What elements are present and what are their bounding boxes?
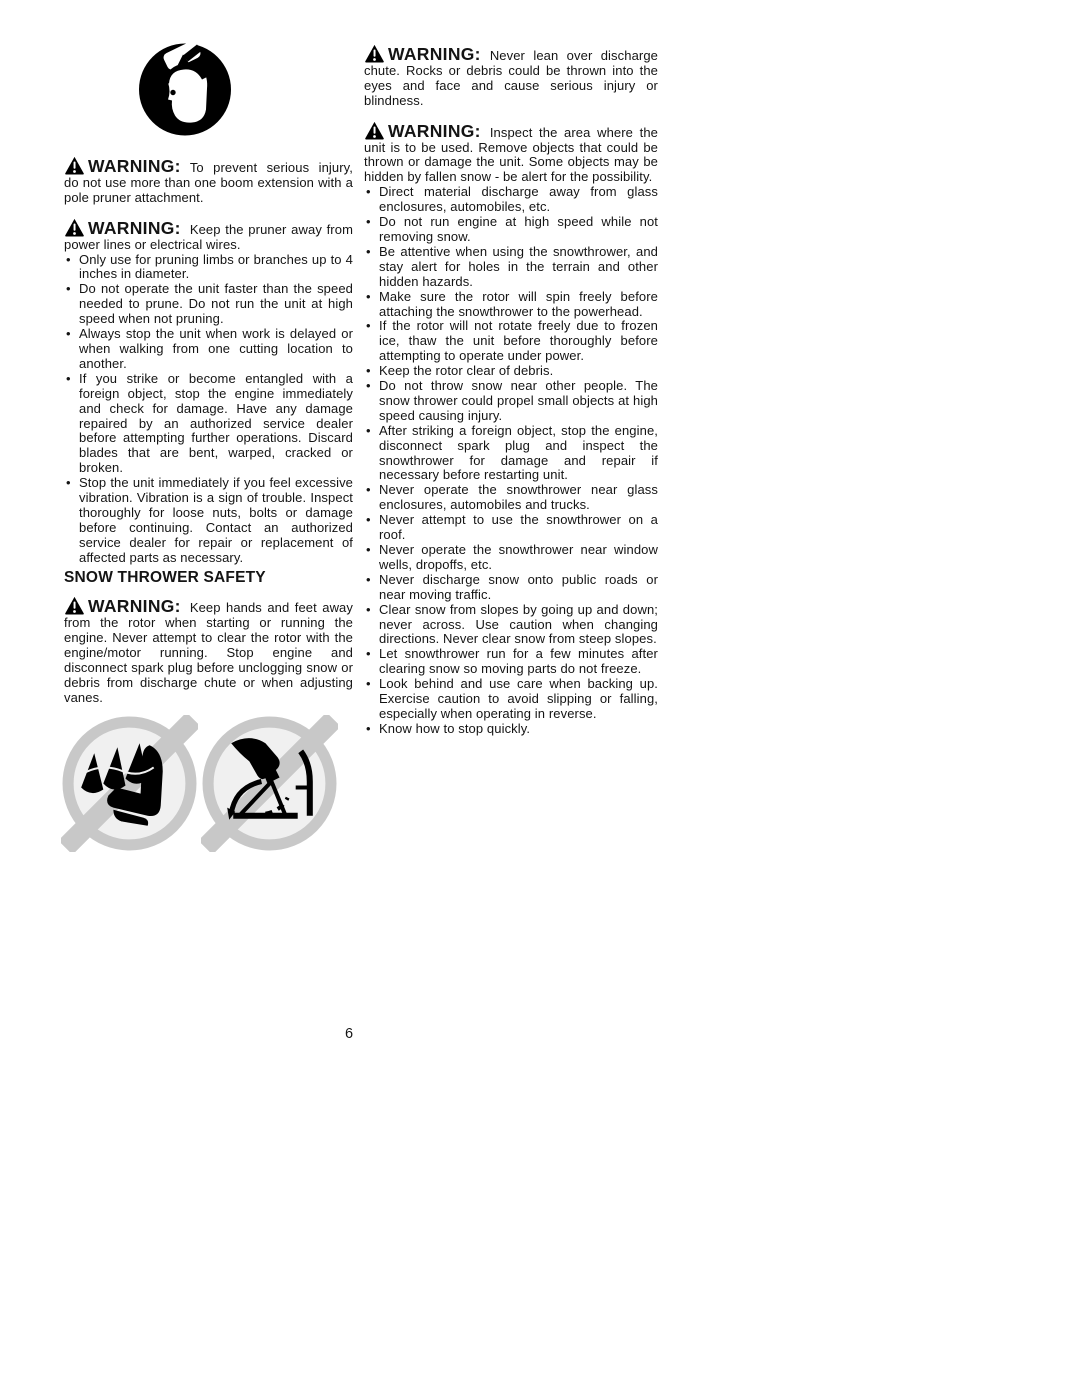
warning-inspect-area: WARNING:Inspect the area where the unit … [364, 121, 658, 186]
list-item: After striking a foreign object, stop th… [364, 424, 658, 484]
list-item: If the rotor will not rotate freely due … [364, 319, 658, 364]
warning-label: WARNING: [388, 44, 481, 64]
manual-page: WARNING:To prevent serious injury, do no… [0, 0, 1080, 1397]
warning-text: Keep hands and feet away from the rotor … [64, 600, 353, 704]
list-item: Do not operate the unit faster than the … [64, 282, 353, 327]
list-item: Look behind and use care when backing up… [364, 677, 658, 722]
list-item: Always stop the unit when work is delaye… [64, 327, 353, 372]
warning-label: WARNING: [388, 121, 481, 141]
list-item: Never discharge snow onto public roads o… [364, 573, 658, 603]
list-item: Only use for pruning limbs or branches u… [64, 253, 353, 283]
list-item: Know how to stop quickly. [364, 722, 658, 737]
warning-triangle-icon [64, 156, 85, 175]
prohibition-icons-row [61, 715, 353, 852]
right-column: WARNING:Never lean over discharge chute.… [364, 44, 658, 737]
list-item: Do not throw snow near other people. The… [364, 379, 658, 424]
left-column: WARNING:To prevent serious injury, do no… [64, 156, 353, 852]
section-heading: SNOW THROWER SAFETY [64, 571, 353, 586]
pruner-safety-list: Only use for pruning limbs or branches u… [64, 253, 353, 566]
warning-label: WARNING: [88, 596, 181, 616]
snowthrower-safety-list: Direct material discharge away from glas… [364, 185, 658, 737]
warning-power-lines: WARNING:Keep the pruner away from power … [64, 218, 353, 253]
list-item: Make sure the rotor will spin freely bef… [364, 290, 658, 320]
list-item: Do not run engine at high speed while no… [364, 215, 658, 245]
warning-boom-extension: WARNING:To prevent serious injury, do no… [64, 156, 353, 206]
list-item: Be attentive when using the snowthrower,… [364, 245, 658, 290]
warning-label: WARNING: [88, 218, 181, 238]
no-hands-in-chute-prohibition-icon [201, 715, 338, 852]
no-hands-in-auger-prohibition-icon [61, 715, 198, 852]
warning-label: WARNING: [88, 156, 181, 176]
list-item: If you strike or become entangled with a… [64, 372, 353, 476]
page-number: 6 [345, 1026, 353, 1042]
list-item: Let snowthrower run for a few minutes af… [364, 647, 658, 677]
warning-rotor-hands-feet: WARNING:Keep hands and feet away from th… [64, 596, 353, 705]
list-item: Direct material discharge away from glas… [364, 185, 658, 215]
warning-triangle-icon [64, 596, 85, 615]
list-item: Never operate the snowthrower near glass… [364, 483, 658, 513]
warning-triangle-icon [64, 218, 85, 237]
list-item: Never attempt to use the snowthrower on … [364, 513, 658, 543]
warning-discharge-chute: WARNING:Never lean over discharge chute.… [364, 44, 658, 109]
list-item: Never operate the snowthrower near windo… [364, 543, 658, 573]
wear-head-protection-icon [137, 40, 233, 139]
list-item: Keep the rotor clear of debris. [364, 364, 658, 379]
list-item: Clear snow from slopes by going up and d… [364, 603, 658, 648]
warning-triangle-icon [364, 44, 385, 63]
warning-triangle-icon [364, 121, 385, 140]
list-item: Stop the unit immediately if you feel ex… [64, 476, 353, 565]
